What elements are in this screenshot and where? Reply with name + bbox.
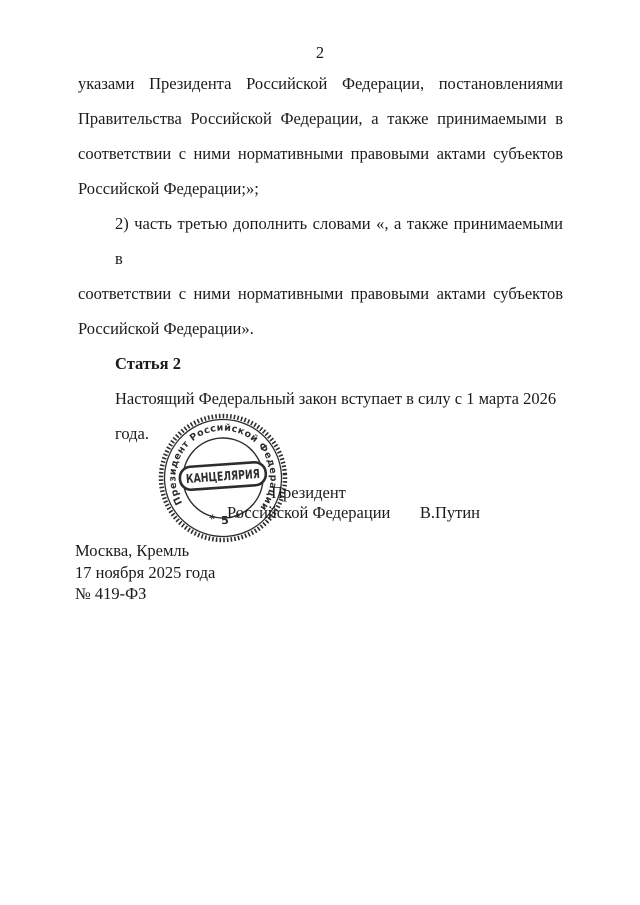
- body-line: указами Президента Российской Федерации,…: [78, 66, 563, 101]
- footer-date: 17 ноября 2025 года: [75, 562, 215, 584]
- body-line: соответствии с ними нормативными правовы…: [78, 136, 563, 171]
- document-page: 2 указами Президента Российской Федераци…: [0, 0, 640, 905]
- body-line: Правительства Российской Федерации, а та…: [78, 101, 563, 136]
- document-body: указами Президента Российской Федерации,…: [78, 66, 563, 451]
- body-line: 2) часть третью дополнить словами «, а т…: [78, 206, 563, 276]
- body-line: соответствии с ними нормативными правовы…: [78, 276, 563, 311]
- chancellery-stamp-icon: Президент Российской Федерации * 5 * КАН…: [155, 410, 291, 546]
- signature-name: В.Путин: [420, 503, 480, 523]
- body-line: Российской Федерации».: [78, 311, 563, 346]
- stamp-bottom-text: * 5 *: [206, 510, 245, 529]
- effective-date-line: Настоящий Федеральный закон вступает в с…: [78, 381, 563, 451]
- footer-number: № 419-ФЗ: [75, 583, 215, 605]
- body-line: Российской Федерации;»;: [78, 171, 563, 206]
- page-number: 2: [0, 43, 640, 62]
- footer-place: Москва, Кремль: [75, 540, 215, 562]
- footer-block: Москва, Кремль 17 ноября 2025 года № 419…: [75, 540, 215, 605]
- article-heading: Статья 2: [78, 346, 563, 381]
